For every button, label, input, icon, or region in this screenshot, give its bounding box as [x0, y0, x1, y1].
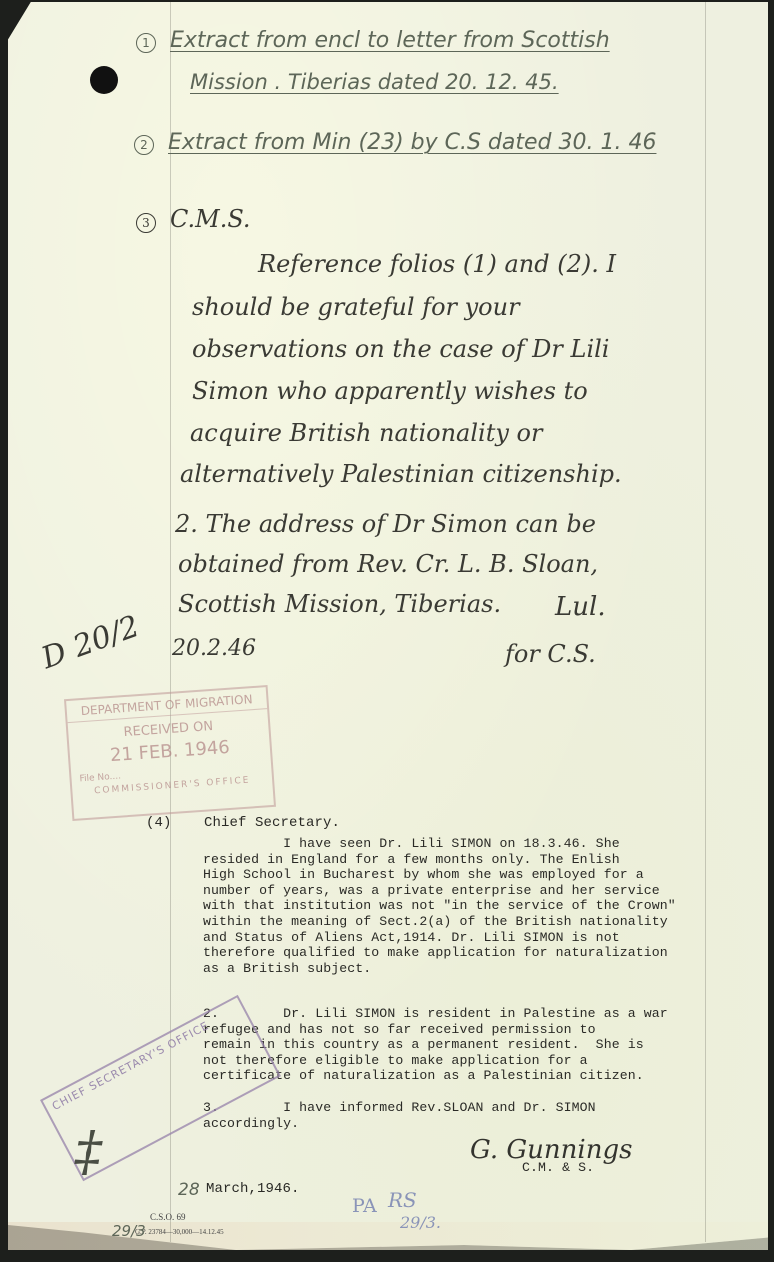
- minute-3-line: alternatively Palestinian citizenship.: [180, 460, 622, 488]
- typed-line: remain in this country as a permanent re…: [203, 1037, 668, 1053]
- minute-3-number: 3: [136, 213, 156, 233]
- typed-line: and Status of Aliens Act,1914. Dr. Lili …: [203, 930, 676, 946]
- typed-line: High School in Bucharest by whom she was…: [203, 867, 676, 883]
- footer-initials-date: 29/3: [112, 1222, 146, 1240]
- minute-3-addressee: C.M.S.: [170, 205, 251, 233]
- item-1-line1: Extract from encl to letter from Scottis…: [170, 28, 610, 53]
- right-margin-line: [705, 2, 706, 1242]
- typed-line: resided in England for a few months only…: [203, 852, 676, 868]
- minute-4-paragraph-1: I have seen Dr. Lili SIMON on 18.3.46. S…: [203, 836, 676, 976]
- minute-3-signoff: for C.S.: [505, 640, 596, 668]
- typed-line: accordingly.: [203, 1116, 596, 1132]
- minute-4-addressee: Chief Secretary.: [204, 816, 340, 832]
- minute-3-line: observations on the case of Dr Lili: [192, 335, 609, 363]
- item-2-line1: Extract from Min (23) by C.S dated 30. 1…: [168, 130, 656, 155]
- minute-3-date: 20.2.46: [172, 636, 256, 661]
- minute-4-number: (4): [146, 816, 172, 832]
- scrawled-initials: ‡: [75, 1120, 102, 1183]
- minute-4-date-day: 28: [178, 1180, 200, 1200]
- item-1-line2: Mission . Tiberias dated 20. 12. 45.: [190, 70, 559, 94]
- item-2-number: 2: [134, 135, 154, 155]
- migration-received-stamp: DEPARTMENT OF MIGRATION RECEIVED ON 21 F…: [64, 685, 276, 821]
- minute-4-signoff: C.M. & S.: [522, 1160, 594, 1176]
- typed-line: number of years, was a private enterpris…: [203, 883, 676, 899]
- typed-line: therefore qualified to make application …: [203, 945, 676, 961]
- typed-line: 2. Dr. Lili SIMON is resident in Palesti…: [203, 1006, 668, 1022]
- minute-3-line: Simon who apparently wishes to: [192, 377, 588, 405]
- minute-3-line: acquire British nationality or: [190, 419, 542, 447]
- typed-line: I have seen Dr. Lili SIMON on 18.3.46. S…: [203, 836, 676, 852]
- minute-4-paragraph-3: 3. I have informed Rev.SLOAN and Dr. SIM…: [203, 1100, 596, 1131]
- minute-3-line: 2. The address of Dr Simon can be: [175, 510, 596, 538]
- item-2: 2Extract from Min (23) by C.S dated 30. …: [134, 130, 656, 155]
- typed-line: as a British subject.: [203, 961, 676, 977]
- minute-3-header: 3C.M.S.: [136, 205, 251, 233]
- pencil-initials: RS: [388, 1188, 417, 1212]
- form-number: C.S.O. 69: [150, 1212, 186, 1222]
- minute-3-line: Reference folios (1) and (2). I: [258, 250, 616, 278]
- minute-3-line: should be grateful for your: [192, 293, 520, 321]
- typed-line: with that institution was not "in the se…: [203, 898, 676, 914]
- item-1-number: 1: [136, 33, 156, 53]
- punch-hole: [90, 66, 118, 94]
- item-1: 1Extract from encl to letter from Scotti…: [136, 28, 610, 53]
- typed-line: refugee and has not so far received perm…: [203, 1022, 668, 1038]
- minute-3-signature: Lul.: [555, 592, 606, 622]
- pencil-date: 29/3.: [400, 1213, 441, 1232]
- pencil-note-pa: PA: [352, 1195, 377, 1217]
- typed-line: within the meaning of Sect.2(a) of the B…: [203, 914, 676, 930]
- print-line: G.P. 23784—30,000—14.12.45: [135, 1228, 224, 1236]
- typed-line: 3. I have informed Rev.SLOAN and Dr. SIM…: [203, 1100, 596, 1116]
- minute-3-line: obtained from Rev. Cr. L. B. Sloan,: [178, 550, 598, 578]
- minute-4-date: March,1946.: [206, 1182, 300, 1198]
- minute-3-line: Scottish Mission, Tiberias.: [178, 590, 501, 618]
